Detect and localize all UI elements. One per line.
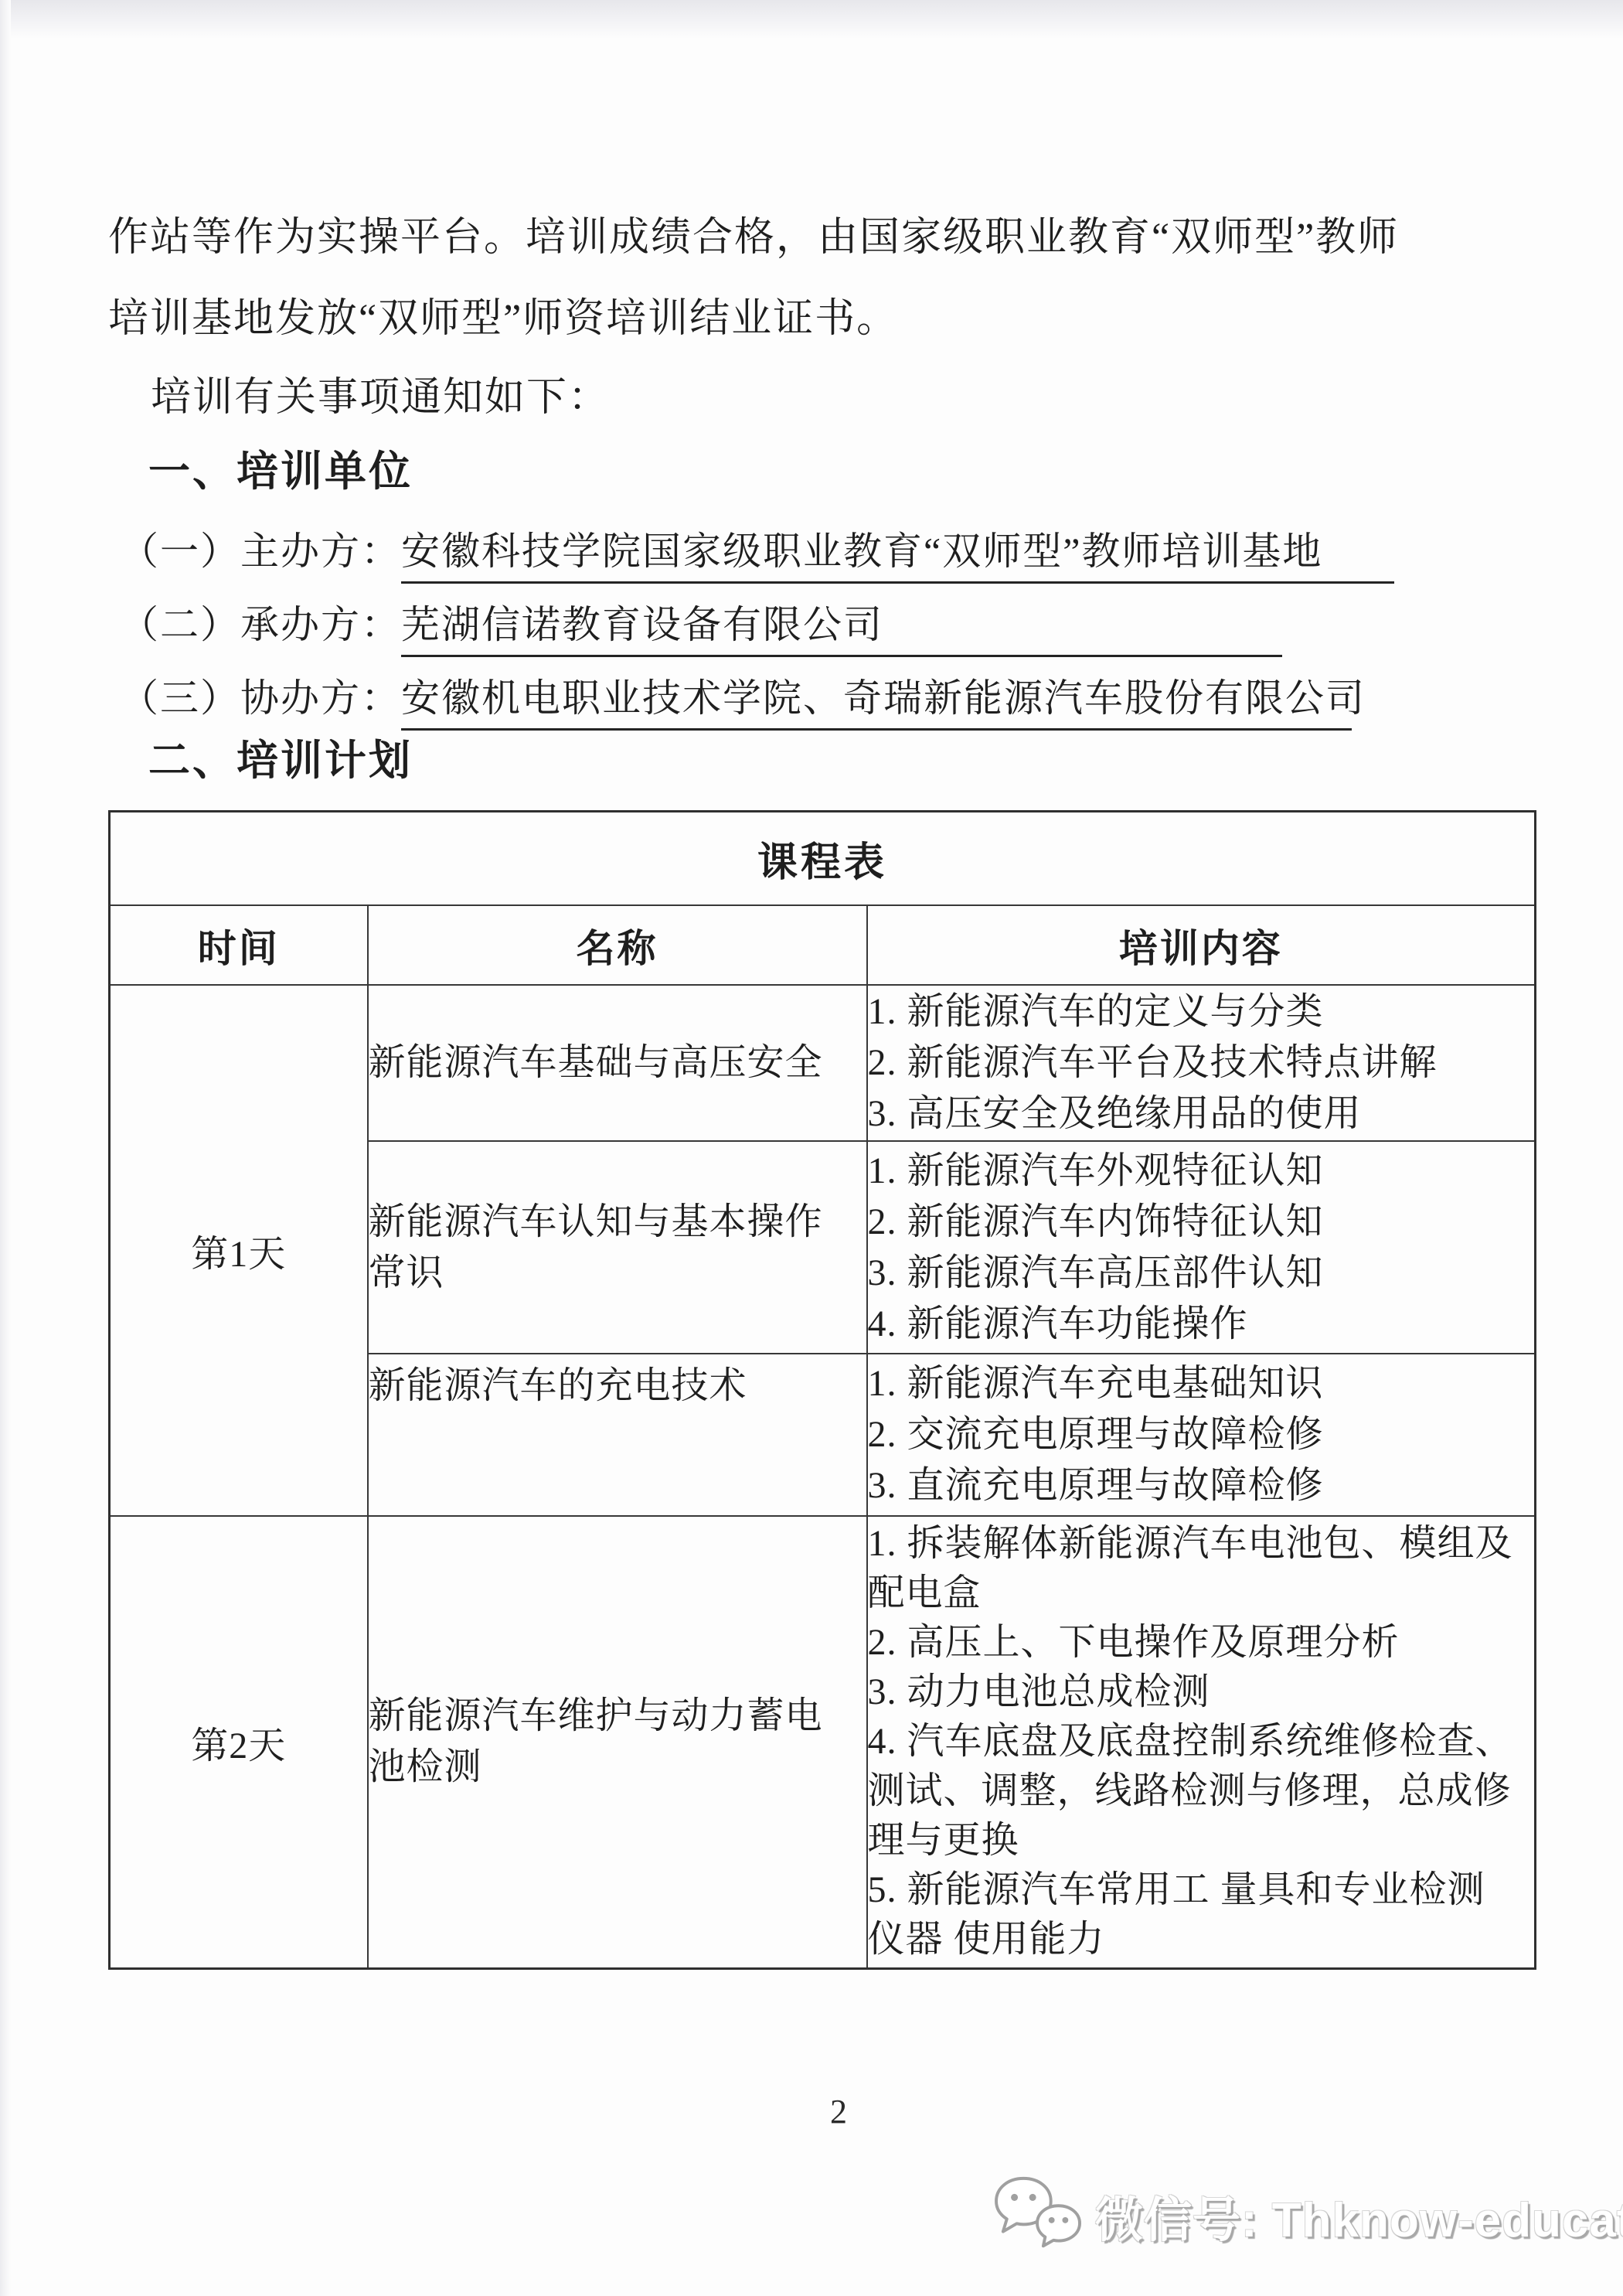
column-header-time: 时间 [110, 905, 368, 985]
content-line: 3. 新能源汽车高压部件认知 [868, 1248, 1535, 1299]
table-row: 第2天 新能源汽车维护与动力蓄电 池检测 1. 拆装解体新能源汽车电池包、模组及… [110, 1516, 1536, 1968]
course-name-cell: 新能源汽车的充电技术 [368, 1354, 867, 1516]
wechat-label: 微信号: Thknow-education [1095, 2182, 1623, 2250]
course-name-line: 新能源汽车认知与基本操作 [369, 1197, 866, 1248]
course-content-cell: 1. 拆装解体新能源汽车电池包、模组及 配电盒 2. 高压上、下电操作及原理分析… [867, 1516, 1536, 1968]
content-line: 3. 直流充电原理与故障检修 [868, 1460, 1535, 1511]
course-name-cell: 新能源汽车认知与基本操作 常识 [368, 1141, 867, 1354]
table-header-row: 时间 名称 培训内容 [110, 905, 1536, 985]
course-content-cell: 1. 新能源汽车充电基础知识 2. 交流充电原理与故障检修 3. 直流充电原理与… [867, 1354, 1536, 1516]
content-line: 1. 新能源汽车的定义与分类 [868, 986, 1535, 1037]
section-heading-units: 一、培训单位 [148, 431, 413, 513]
wechat-icon [993, 2174, 1084, 2257]
content-line: 理与更换 [868, 1816, 1535, 1865]
organizer-item: （一）主办方：安徽科技学院国家级职业教育“双师型”教师培训基地 [120, 528, 1394, 584]
organizer-value: 安徽科技学院国家级职业教育“双师型”教师培训基地 [401, 528, 1394, 584]
notice-line: 培训有关事项通知如下： [151, 357, 1465, 438]
paragraph-line: 培训基地发放“双师型”师资培训结业证书。 [108, 278, 1523, 359]
course-name-line: 池检测 [369, 1742, 866, 1793]
organizer-prefix: （一）主办方： [120, 528, 401, 574]
organizer-value: 芜湖信诺教育设备有限公司 [401, 601, 1282, 657]
content-line: 仪器 使用能力 [868, 1915, 1535, 1964]
day-cell-day1: 第1天 [110, 985, 368, 1516]
content-line: 4. 汽车底盘及底盘控制系统维修检查、 [868, 1717, 1535, 1766]
course-content-cell: 1. 新能源汽车外观特征认知 2. 新能源汽车内饰特征认知 3. 新能源汽车高压… [867, 1141, 1536, 1354]
content-line: 3. 动力电池总成检测 [868, 1667, 1535, 1717]
table-title: 课程表 [110, 812, 1536, 906]
content-line: 1. 新能源汽车充电基础知识 [868, 1358, 1535, 1409]
content-line: 1. 新能源汽车外观特征认知 [868, 1146, 1535, 1197]
organizer-prefix: （三）协办方： [120, 675, 401, 721]
document-page: 作站等作为实操平台。培训成绩合格，由国家级职业教育“双师型”教师 培训基地发放“… [0, 0, 1623, 2296]
page-number: 2 [800, 2092, 877, 2131]
course-name-line: 新能源汽车的充电技术 [369, 1361, 866, 1412]
content-line: 4. 新能源汽车功能操作 [868, 1299, 1535, 1350]
content-line: 5. 新能源汽车常用工 量具和专业检测 [868, 1865, 1535, 1915]
content-line: 2. 新能源汽车平台及技术特点讲解 [868, 1037, 1535, 1088]
organizer-item: （二）承办方：芜湖信诺教育设备有限公司 [120, 601, 1282, 657]
course-name-line: 新能源汽车维护与动力蓄电 [369, 1691, 866, 1742]
content-line: 2. 新能源汽车内饰特征认知 [868, 1197, 1535, 1248]
course-table: 课程表 时间 名称 培训内容 第1天 新能源汽车基础与高压安全 1. 新能源汽车… [108, 810, 1536, 1970]
content-line: 配电盒 [868, 1569, 1535, 1618]
content-line: 2. 交流充电原理与故障检修 [868, 1409, 1535, 1460]
content-line: 测试、调整，线路检测与修理，总成修 [868, 1766, 1535, 1816]
intro-paragraph: 作站等作为实操平台。培训成绩合格，由国家级职业教育“双师型”教师 培训基地发放“… [108, 197, 1523, 359]
scan-artifact-top [0, 0, 1623, 39]
table-row: 第1天 新能源汽车基础与高压安全 1. 新能源汽车的定义与分类 2. 新能源汽车… [110, 985, 1536, 1141]
content-line: 2. 高压上、下电操作及原理分析 [868, 1618, 1535, 1667]
course-name-cell: 新能源汽车基础与高压安全 [368, 985, 867, 1141]
column-header-content: 培训内容 [867, 905, 1536, 985]
organizer-value: 安徽机电职业技术学院、奇瑞新能源汽车股份有限公司 [401, 675, 1352, 731]
section-heading-plan: 二、培训计划 [148, 720, 413, 802]
course-name-line: 常识 [369, 1248, 866, 1299]
organizer-prefix: （二）承办方： [120, 601, 401, 648]
content-line: 3. 高压安全及绝缘用品的使用 [868, 1088, 1535, 1139]
course-name-line: 新能源汽车基础与高压安全 [369, 1037, 866, 1088]
course-content-cell: 1. 新能源汽车的定义与分类 2. 新能源汽车平台及技术特点讲解 3. 高压安全… [867, 985, 1536, 1141]
table-title-row: 课程表 [110, 812, 1536, 906]
column-header-name: 名称 [368, 905, 867, 985]
day-cell-day2: 第2天 [110, 1516, 368, 1968]
paragraph-line: 作站等作为实操平台。培训成绩合格，由国家级职业教育“双师型”教师 [108, 197, 1523, 278]
scan-artifact-left [0, 0, 11, 2296]
wechat-watermark: 微信号: Thknow-education [993, 2174, 1623, 2257]
content-line: 1. 拆装解体新能源汽车电池包、模组及 [868, 1519, 1535, 1569]
course-name-cell: 新能源汽车维护与动力蓄电 池检测 [368, 1516, 867, 1968]
